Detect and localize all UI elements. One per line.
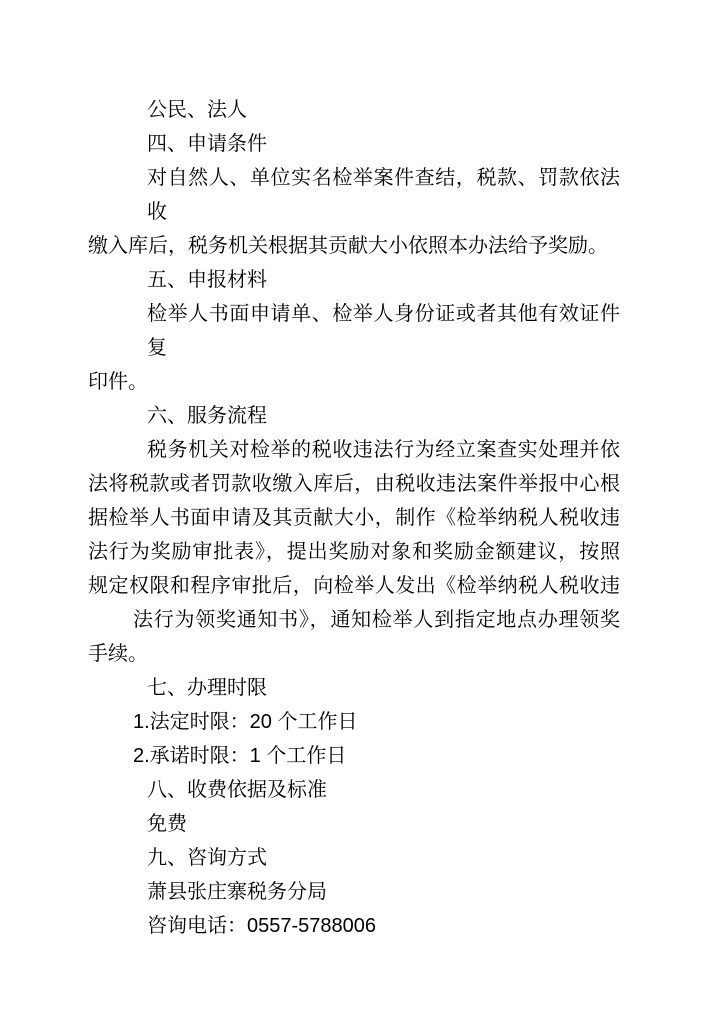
list-item-legal-time-limit: 1.法定时限：20 个工作日 xyxy=(88,705,620,739)
paragraph-line: 印件。 xyxy=(88,365,620,399)
paragraph-line: 规定权限和程序审批后，向检举人发出《检举纳税人税收违 xyxy=(88,569,620,603)
paragraph-line: 法行为奖励审批表》，提出奖励对象和奖励金额建议，按照 xyxy=(88,535,620,569)
paragraph-line-applicants: 公民、法人 xyxy=(88,93,620,127)
paragraph-line: 税务机关对检举的税收违法行为经立案查实处理并依 xyxy=(88,433,620,467)
heading-section-5: 五、申报材料 xyxy=(88,263,620,297)
paragraph-line: 手续。 xyxy=(88,637,620,671)
paragraph-line: 检举人书面申请单、检举人身份证或者其他有效证件复 xyxy=(88,297,620,365)
heading-section-7: 七、办理时限 xyxy=(88,671,620,705)
heading-section-9: 九、咨询方式 xyxy=(88,841,620,875)
heading-section-6: 六、服务流程 xyxy=(88,399,620,433)
paragraph-line: 法行为领奖通知书》，通知检举人到指定地点办理领奖 xyxy=(88,603,620,637)
paragraph-line-free-of-charge: 免费 xyxy=(88,807,620,841)
document-text-block: 公民、法人 四、申请条件 对自然人、单位实名检举案件查结，税款、罚款依法收 缴入… xyxy=(88,93,620,943)
paragraph-line: 对自然人、单位实名检举案件查结，税款、罚款依法收 xyxy=(88,161,620,229)
heading-section-8: 八、收费依据及标准 xyxy=(88,773,620,807)
office-name-line: 萧县张庄寨税务分局 xyxy=(88,875,620,909)
phone-number-line: 咨询电话：0557-5788006 xyxy=(88,909,620,943)
document-page: 公民、法人 四、申请条件 对自然人、单位实名检举案件查结，税款、罚款依法收 缴入… xyxy=(0,0,715,1011)
paragraph-line: 法将税款或者罚款收缴入库后，由税收违法案件举报中心根 xyxy=(88,467,620,501)
paragraph-line: 缴入库后，税务机关根据其贡献大小依照本办法给予奖励。 xyxy=(88,229,620,263)
paragraph-line: 据检举人书面申请及其贡献大小，制作《检举纳税人税收违 xyxy=(88,501,620,535)
list-item-promised-time-limit: 2.承诺时限：1 个工作日 xyxy=(88,739,620,773)
heading-section-4: 四、申请条件 xyxy=(88,127,620,161)
